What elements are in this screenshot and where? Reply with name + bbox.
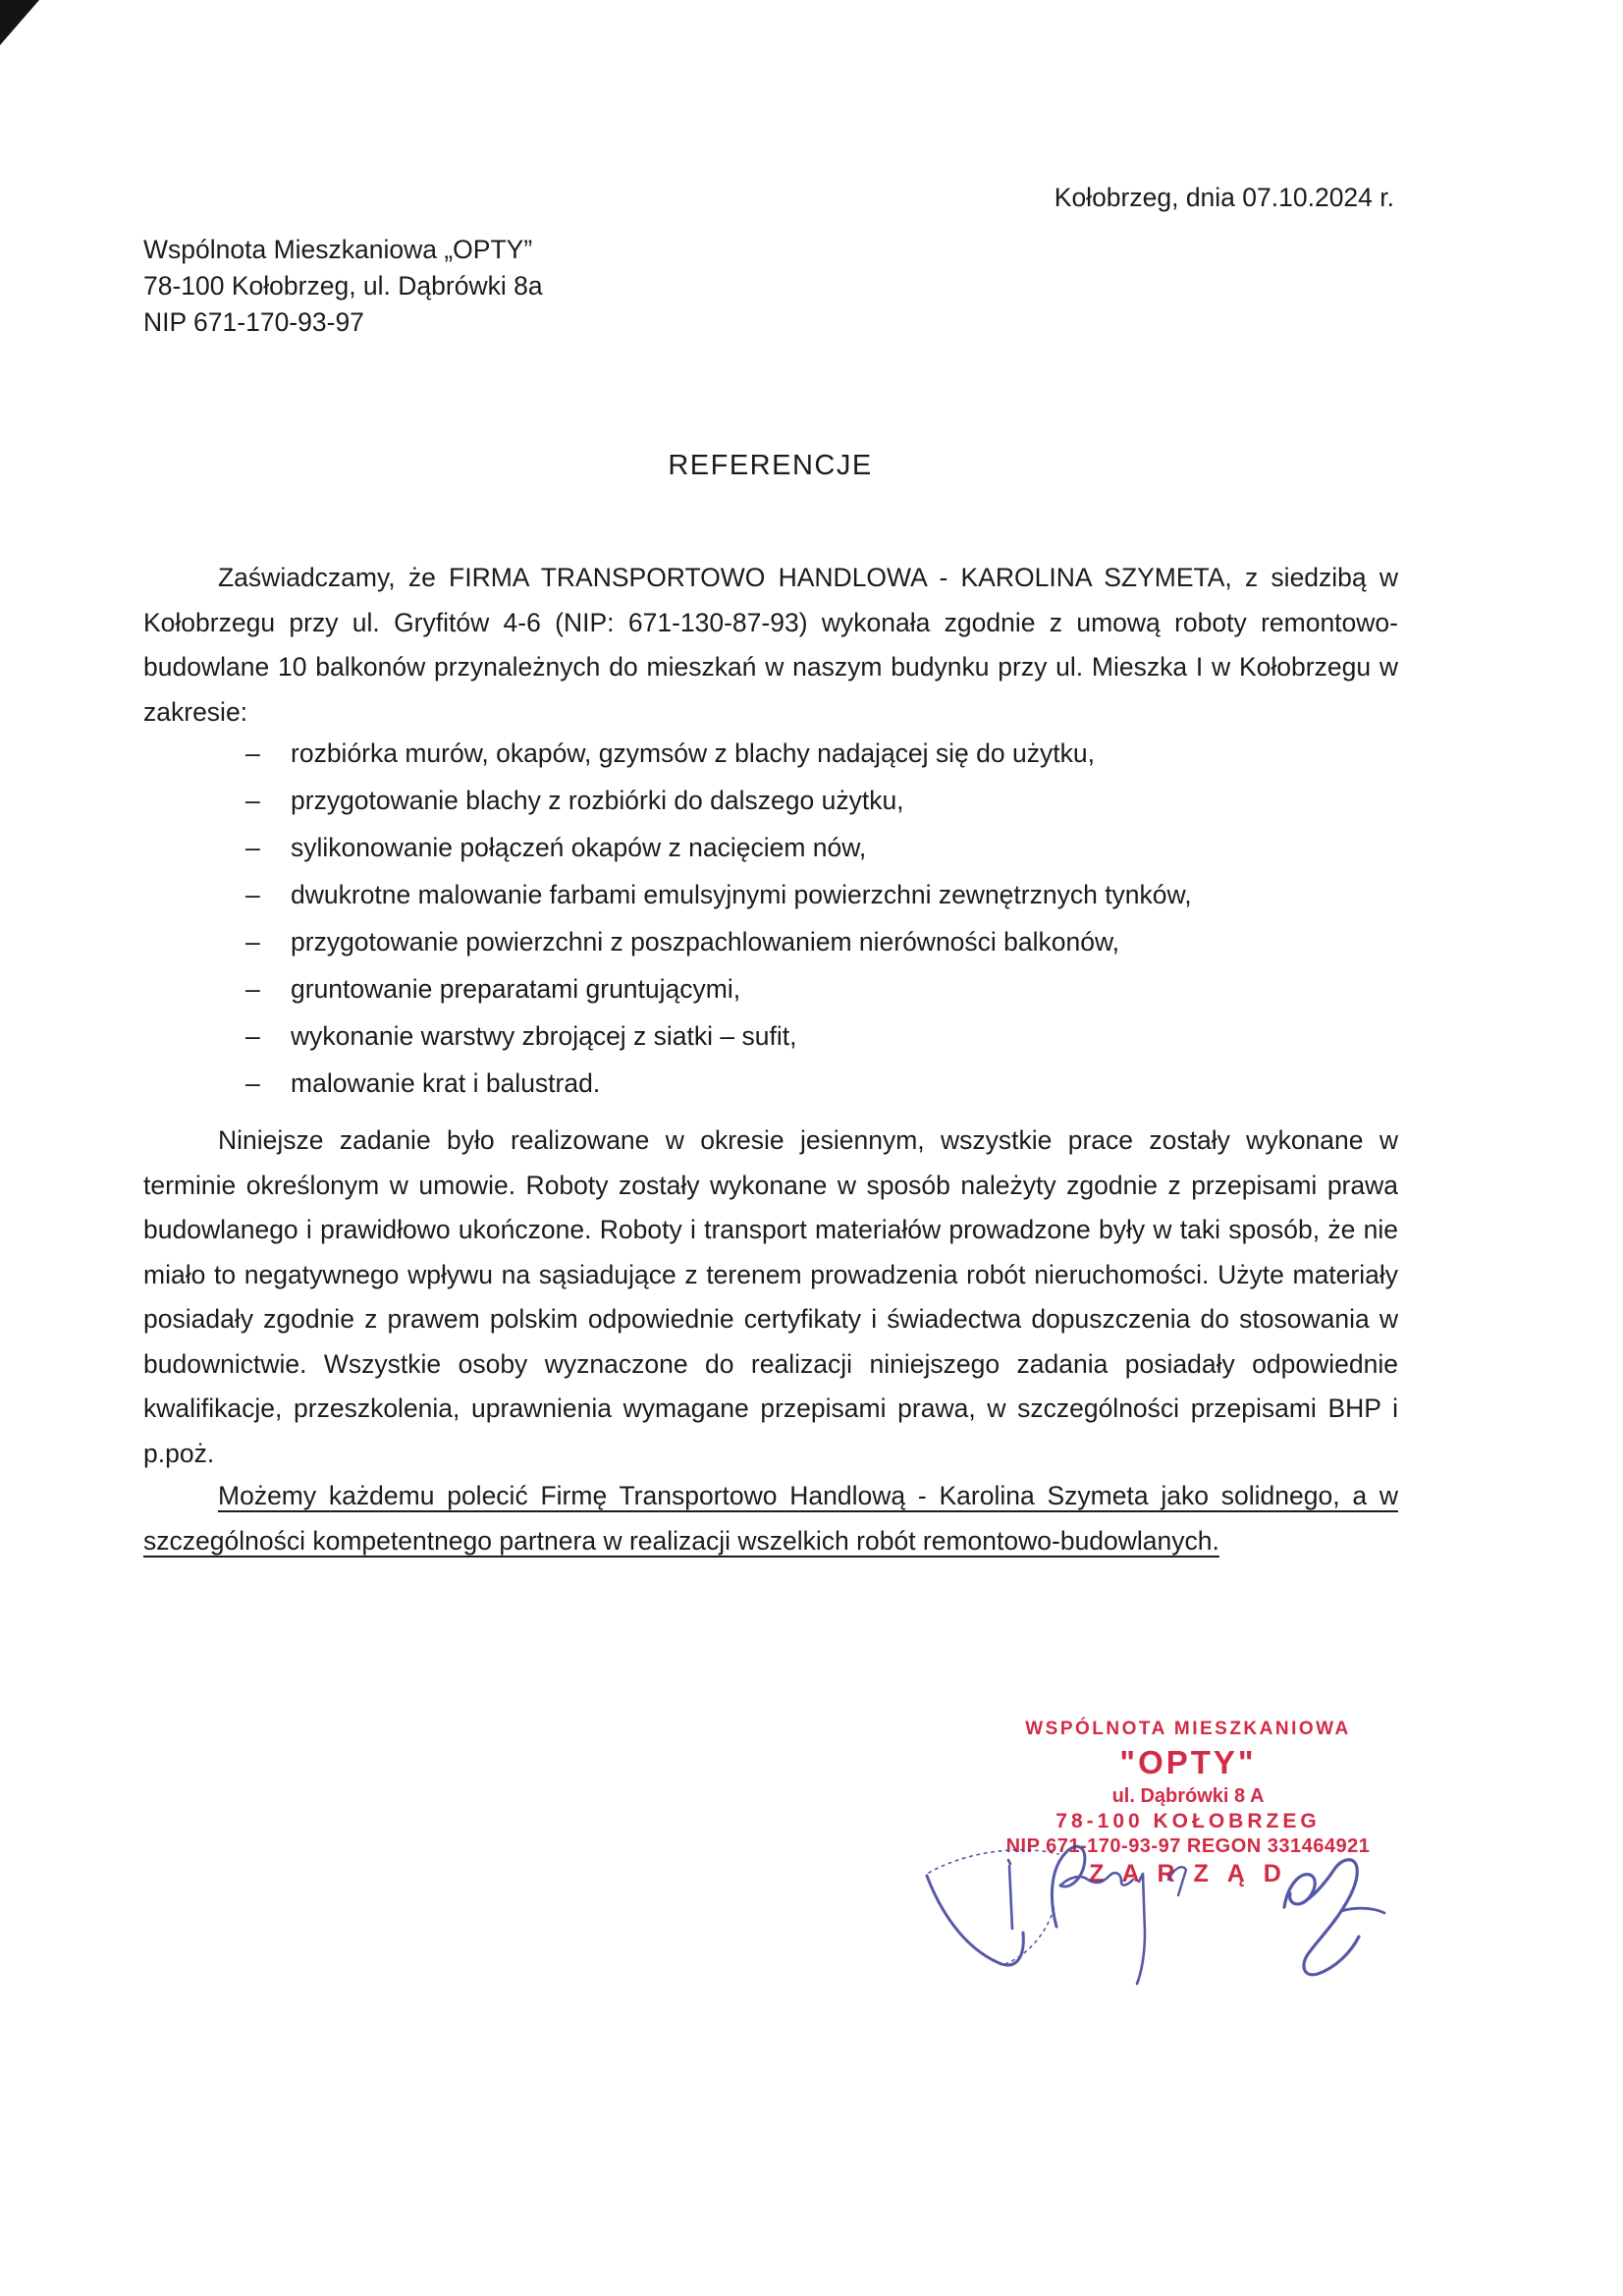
stamp-org-name: WSPÓLNOTA MIESZKANIOWA <box>977 1718 1399 1741</box>
signature-left <box>927 1846 1186 1984</box>
paragraph-intro-text: Zaświadczamy, że FIRMA TRANSPORTOWO HAND… <box>143 563 1398 727</box>
list-dash-marker: – <box>245 880 291 910</box>
list-dash-marker: – <box>245 1068 291 1099</box>
list-dash-marker: – <box>245 927 291 957</box>
signature-right <box>1284 1860 1384 1975</box>
paragraph-recommendation-text: Możemy każdemu polecić Firmę Transportow… <box>143 1481 1398 1556</box>
list-dash-marker: – <box>245 974 291 1005</box>
list-item-text: sylikonowanie połączeń okapów z nacięcie… <box>291 833 866 863</box>
list-item: –wykonanie warstwy zbrojącej z siatki – … <box>245 1021 1325 1068</box>
scan-artifact-corner <box>0 0 39 45</box>
list-item: –przygotowanie powierzchni z poszpachlow… <box>245 927 1325 974</box>
document-page: Kołobrzeg, dnia 07.10.2024 r. Wspólnota … <box>0 0 1623 2296</box>
work-scope-list: –rozbiórka murów, okapów, gzymsów z blac… <box>245 738 1325 1116</box>
stamp-org-short-name: "OPTY" <box>977 1742 1399 1782</box>
list-item: –rozbiórka murów, okapów, gzymsów z blac… <box>245 738 1325 786</box>
paragraph-intro: Zaświadczamy, że FIRMA TRANSPORTOWO HAND… <box>143 556 1398 735</box>
list-item-text: malowanie krat i balustrad. <box>291 1068 600 1099</box>
list-dash-marker: – <box>245 738 291 769</box>
list-item-text: dwukrotne malowanie farbami emulsyjnymi … <box>291 880 1192 910</box>
paragraph-execution: Niniejsze zadanie było realizowane w okr… <box>143 1119 1398 1476</box>
date-line: Kołobrzeg, dnia 07.10.2024 r. <box>1055 183 1394 213</box>
list-item-text: gruntowanie preparatami gruntującymi, <box>291 974 740 1005</box>
list-item-text: przygotowanie powierzchni z poszpachlowa… <box>291 927 1119 957</box>
list-item-text: rozbiórka murów, okapów, gzymsów z blach… <box>291 738 1095 769</box>
list-item-text: wykonanie warstwy zbrojącej z siatki – s… <box>291 1021 796 1052</box>
sender-block: Wspólnota Mieszkaniowa „OPTY” 78-100 Koł… <box>143 232 543 341</box>
sender-address: 78-100 Kołobrzeg, ul. Dąbrówki 8a <box>143 268 543 304</box>
list-dash-marker: – <box>245 833 291 863</box>
document-title: REFERENCJE <box>143 450 1397 482</box>
sender-name: Wspólnota Mieszkaniowa „OPTY” <box>143 232 543 268</box>
list-item: –gruntowanie preparatami gruntującymi, <box>245 974 1325 1021</box>
list-item: –przygotowanie blachy z rozbiórki do dal… <box>245 786 1325 833</box>
list-item: –sylikonowanie połączeń okapów z nacięci… <box>245 833 1325 880</box>
stamp-city: 78-100 KOŁOBRZEG <box>977 1809 1399 1834</box>
list-dash-marker: – <box>245 1021 291 1052</box>
list-item: –dwukrotne malowanie farbami emulsyjnymi… <box>245 880 1325 927</box>
paragraph-recommendation: Możemy każdemu polecić Firmę Transportow… <box>143 1474 1398 1563</box>
handwritten-signatures <box>911 1838 1432 2084</box>
list-item-text: przygotowanie blachy z rozbiórki do dals… <box>291 786 904 816</box>
list-dash-marker: – <box>245 786 291 816</box>
stamp-street: ul. Dąbrówki 8 A <box>977 1784 1399 1809</box>
paragraph-execution-text: Niniejsze zadanie było realizowane w okr… <box>143 1125 1398 1468</box>
list-item: –malowanie krat i balustrad. <box>245 1068 1325 1116</box>
sender-nip: NIP 671-170-93-97 <box>143 304 543 341</box>
